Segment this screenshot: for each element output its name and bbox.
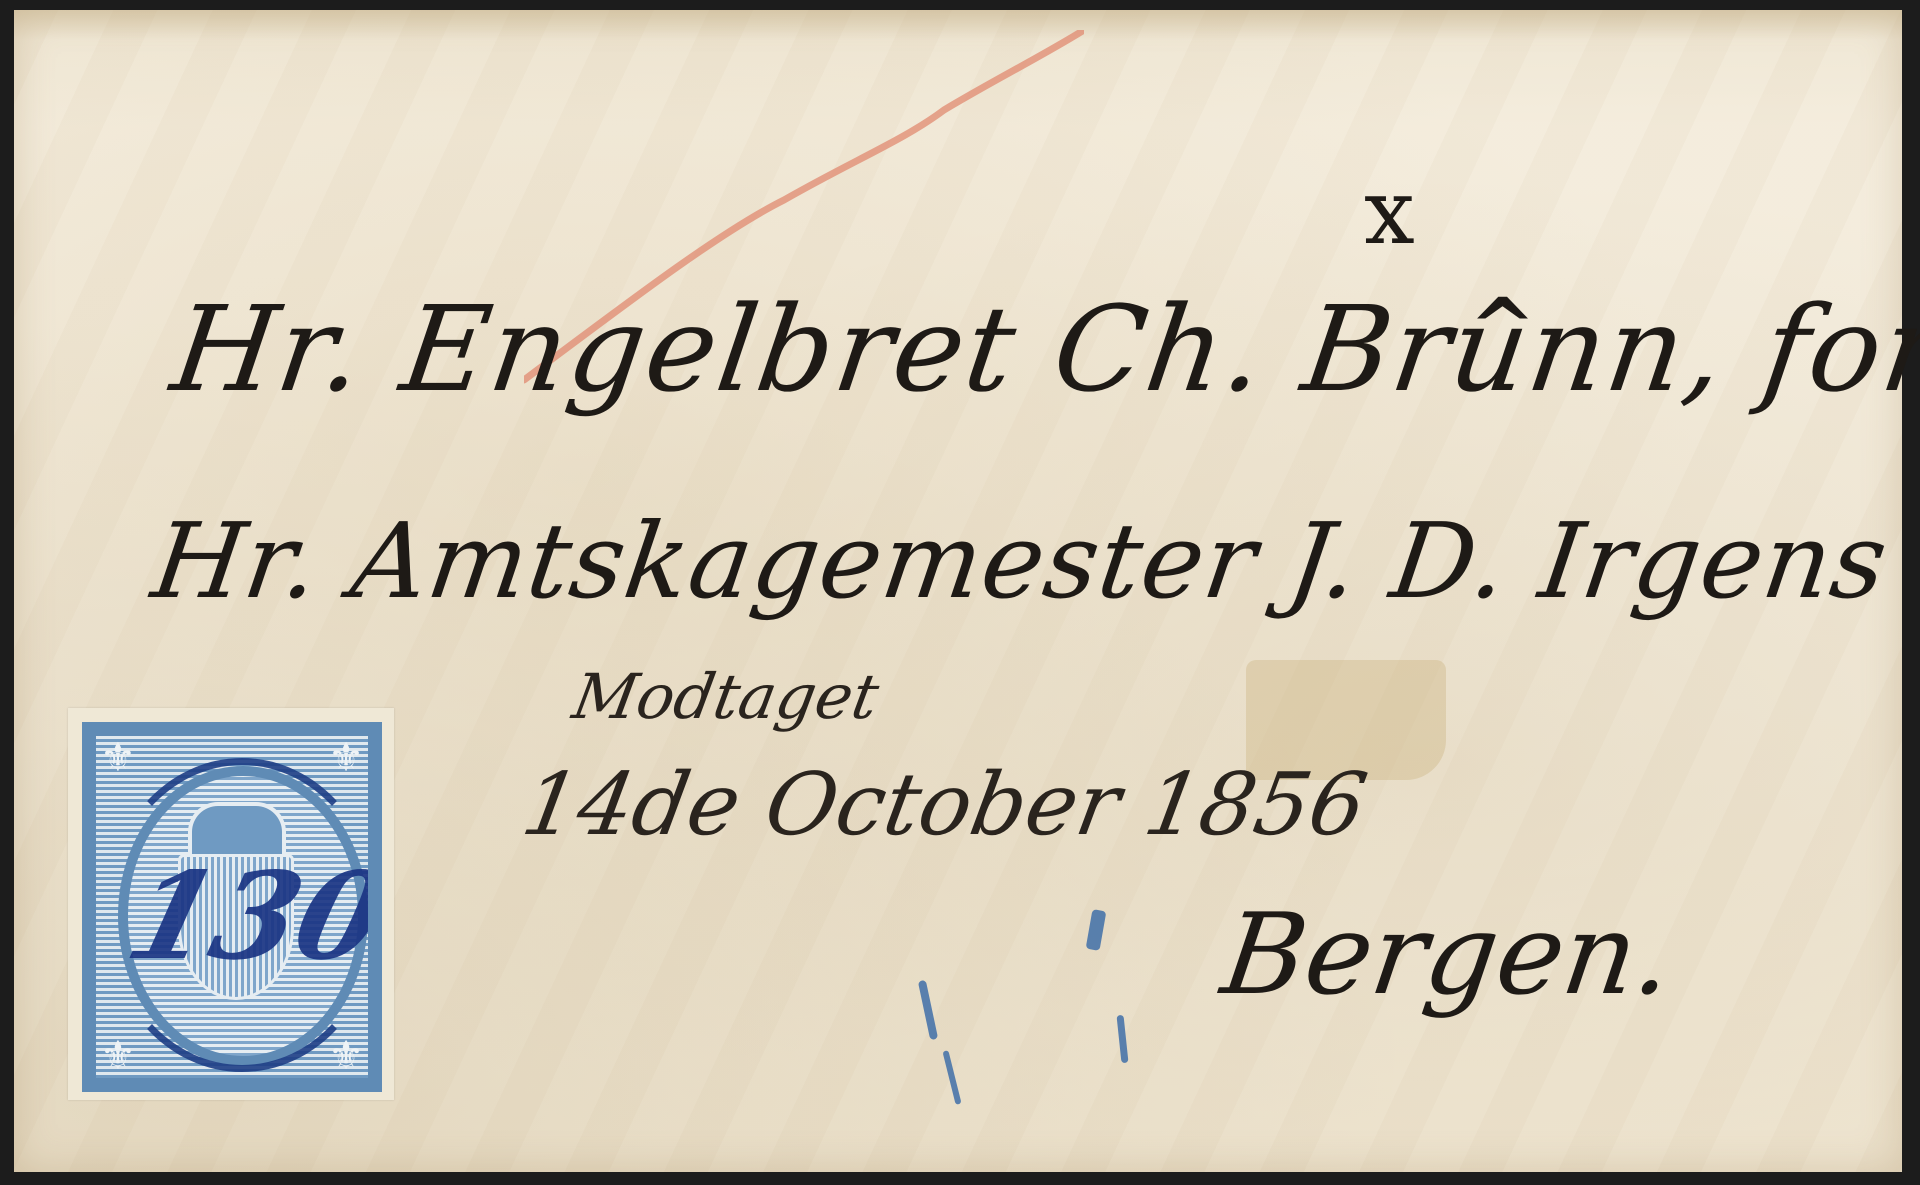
address-line-1: Hr. Engelbret Ch. Brunn, for (164, 280, 1920, 418)
blue-ink-trace (1117, 1015, 1129, 1063)
cross-mark: x (1364, 160, 1415, 265)
postage-stamp: ⚜ ⚜ ⚜ ⚜ 130 (82, 722, 382, 1092)
pen-cancel-number: 130 (114, 846, 382, 987)
fleur-de-lis-icon: ⚜ (328, 738, 364, 778)
address-city: Bergen. (1215, 890, 1681, 1020)
blue-ink-trace (1086, 909, 1107, 951)
docket-date: 14de October 1856 (515, 755, 1374, 855)
blue-ink-trace (918, 980, 938, 1040)
fleur-de-lis-icon: ⚜ (328, 1036, 364, 1076)
address-line-2: Hr. Amtskagemester J. D. Irgens (145, 500, 1895, 622)
fleur-de-lis-icon: ⚜ (100, 738, 136, 778)
blue-ink-trace (942, 1050, 961, 1105)
fleur-de-lis-icon: ⚜ (100, 1036, 136, 1076)
docket-received-label: Modtaget (568, 660, 885, 733)
